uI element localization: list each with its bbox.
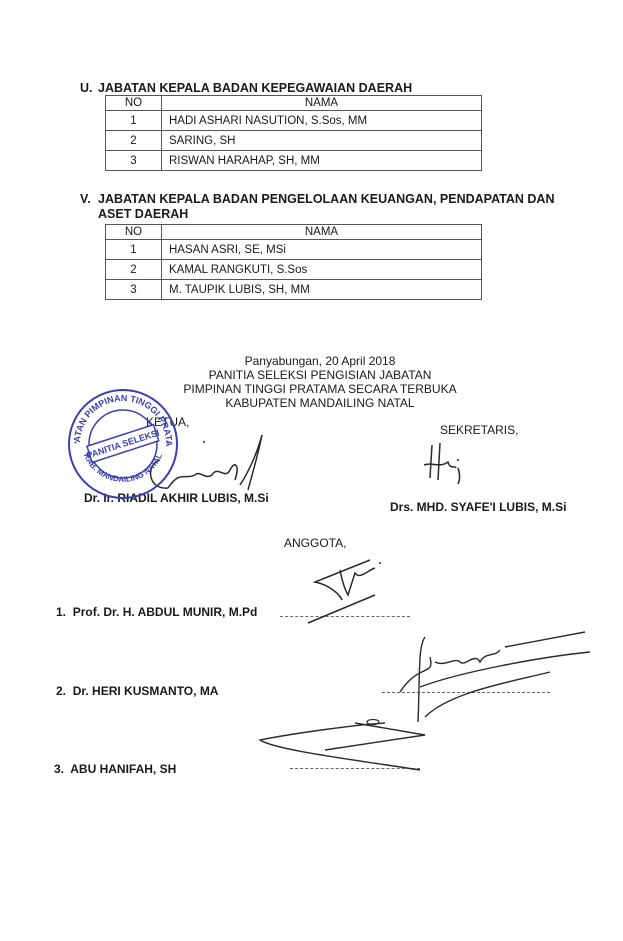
anggota-name: Prof. Dr. H. ABDUL MUNIR, M.Pd (73, 605, 258, 619)
cell-nama: RISWAN HARAHAP, SH, MM (162, 151, 482, 171)
section-title-text: JABATAN KEPALA BADAN PENGELOLAAN KEUANGA… (98, 192, 554, 206)
table-section-u: NO NAMA 1 HADI ASHARI NASUTION, S.Sos, M… (105, 95, 482, 171)
cell-no: 2 (106, 131, 162, 151)
place-date: Panyabungan, 20 April 2018 (150, 354, 490, 368)
svg-text:*: * (166, 440, 169, 449)
committee-line-2: PIMPINAN TINGGI PRATAMA SECARA TERBUKA (150, 382, 490, 396)
header-nama: NAMA (162, 96, 482, 111)
cell-no: 3 (106, 151, 162, 171)
table-section-v: NO NAMA 1 HASAN ASRI, SE, MSi 2 KAMAL RA… (105, 224, 482, 300)
table-row: 2 KAMAL RANGKUTI, S.Sos (106, 260, 482, 280)
anggota-name: ABU HANIFAH, SH (70, 762, 176, 776)
table-row: 1 HADI ASHARI NASUTION, S.Sos, MM (106, 111, 482, 131)
anggota-2: 2. Dr. HERI KUSMANTO, MA (56, 684, 218, 698)
header-no: NO (106, 225, 162, 240)
anggota-3: 3. ABU HANIFAH, SH (54, 762, 176, 776)
table-row: 2 SARING, SH (106, 131, 482, 151)
section-letter: V. (80, 192, 98, 207)
anggota-label: ANGGOTA, (284, 536, 346, 550)
svg-text:*: * (74, 440, 77, 449)
table-header-row: NO NAMA (106, 225, 482, 240)
header-nama: NAMA (162, 225, 482, 240)
cell-no: 1 (106, 240, 162, 260)
table-row: 1 HASAN ASRI, SE, MSi (106, 240, 482, 260)
anggota-number: 1. (56, 605, 66, 619)
anggota-number: 3. (54, 762, 64, 776)
table-header-row: NO NAMA (106, 96, 482, 111)
section-letter: U. (80, 81, 98, 96)
sekretaris-role: SEKRETARIS, (440, 423, 518, 437)
anggota-number: 2. (56, 684, 66, 698)
anggota-1-signature (290, 555, 390, 625)
cell-nama: KAMAL RANGKUTI, S.Sos (162, 260, 482, 280)
committee-line-1: PANITIA SELEKSI PENGISIAN JABATAN (150, 368, 490, 382)
cell-nama: SARING, SH (162, 131, 482, 151)
table-row: 3 RISWAN HARAHAP, SH, MM (106, 151, 482, 171)
closing-block: Panyabungan, 20 April 2018 PANITIA SELEK… (150, 354, 490, 410)
cell-no: 3 (106, 280, 162, 300)
cell-nama: HADI ASHARI NASUTION, S.Sos, MM (162, 111, 482, 131)
committee-line-3: KABUPATEN MANDAILING NATAL (150, 396, 490, 410)
cell-no: 2 (106, 260, 162, 280)
section-u-title: U.JABATAN KEPALA BADAN KEPEGAWAIAN DAERA… (80, 81, 412, 96)
section-title-text-line2: ASET DAERAH (98, 207, 188, 221)
cell-nama: HASAN ASRI, SE, MSi (162, 240, 482, 260)
section-title-text: JABATAN KEPALA BADAN KEPEGAWAIAN DAERAH (98, 81, 412, 95)
sekretaris-name: Drs. MHD. SYAFE'I LUBIS, M.Si (390, 500, 566, 514)
section-v-title: V.JABATAN KEPALA BADAN PENGELOLAAN KEUAN… (80, 192, 554, 222)
anggota-name: Dr. HERI KUSMANTO, MA (73, 684, 219, 698)
anggota-1: 1. Prof. Dr. H. ABDUL MUNIR, M.Pd (56, 605, 257, 619)
cell-nama: M. TAUPIK LUBIS, SH, MM (162, 280, 482, 300)
anggota-3-signature (255, 715, 435, 775)
sekretaris-signature (420, 440, 470, 485)
cell-no: 1 (106, 111, 162, 131)
official-stamp: JABATAN PIMPINAN TINGGI PRATAMA KAB. MAN… (66, 387, 180, 501)
header-no: NO (106, 96, 162, 111)
table-row: 3 M. TAUPIK LUBIS, SH, MM (106, 280, 482, 300)
